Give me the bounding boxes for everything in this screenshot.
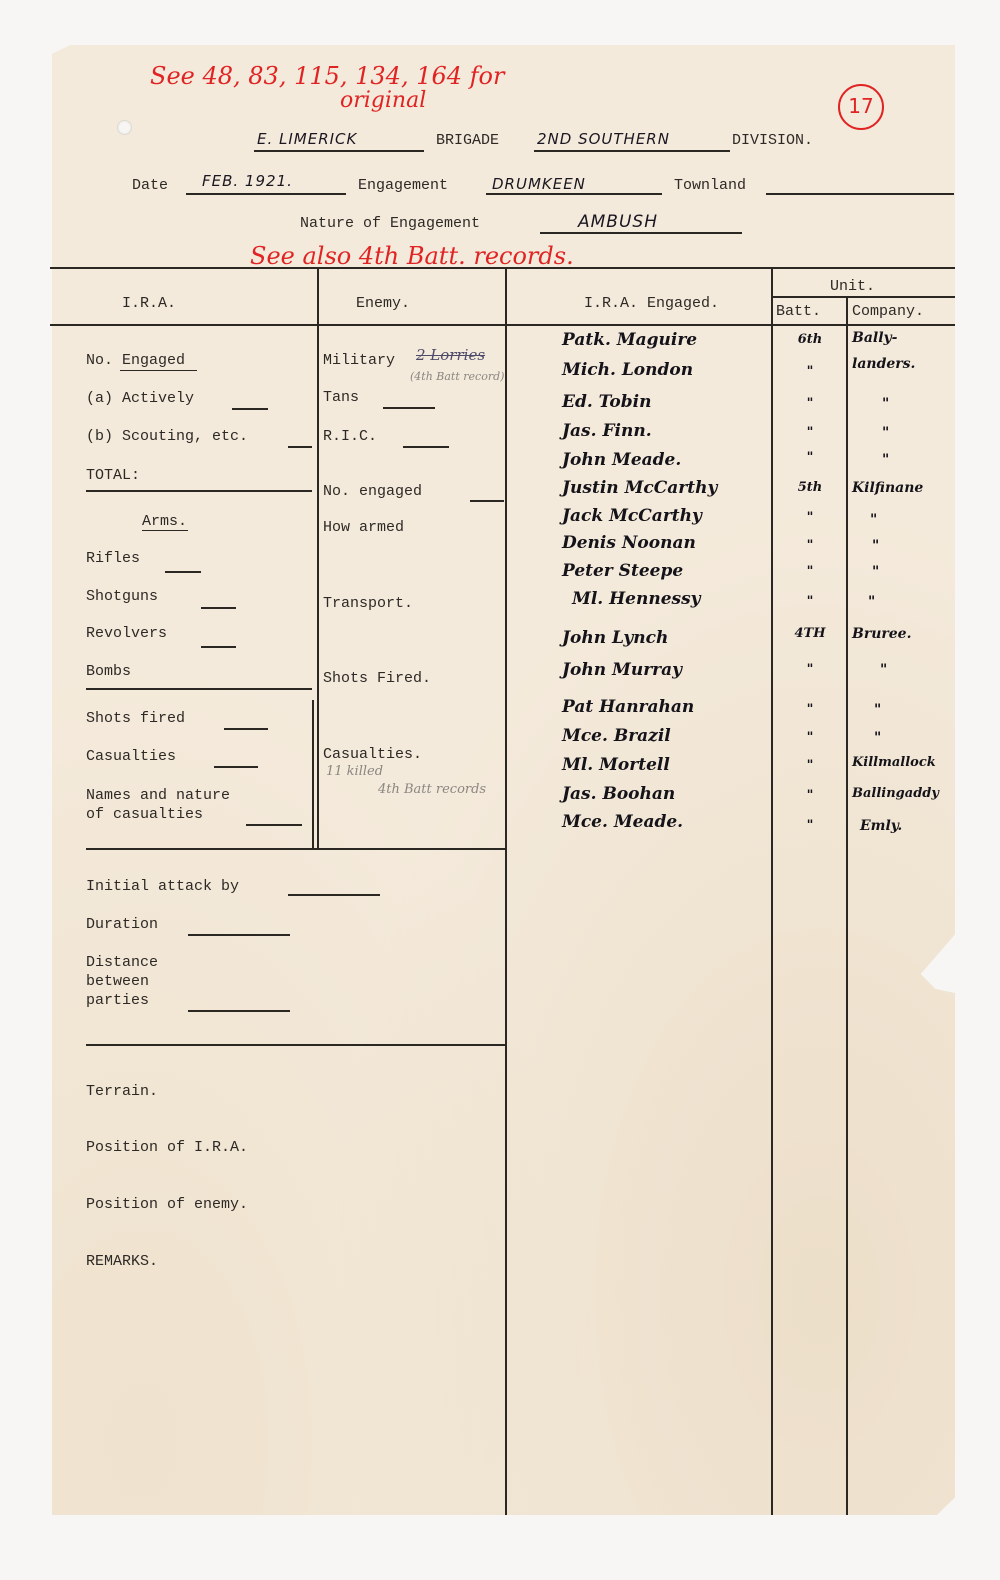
ira-names-casualties-2: of casualties <box>86 806 203 823</box>
terrain-label: Terrain. <box>86 1083 158 1100</box>
unit-sub-rule <box>772 296 955 298</box>
engaged-company: " <box>874 702 881 718</box>
nature-label: Nature of Engagement <box>300 215 480 232</box>
engagement-label: Engagement <box>358 177 448 194</box>
engaged-company: Kilfinane <box>852 480 923 496</box>
ira-rifles: Rifles <box>86 550 140 567</box>
header-unit: Unit. <box>830 278 875 295</box>
engaged-batt: " <box>772 564 848 579</box>
engaged-name: Jack McCarthy <box>562 506 702 526</box>
date-label: Date <box>132 177 168 194</box>
see-also-annotation: See also 4th Batt. records. <box>250 242 574 270</box>
engaged-company: Killmallock <box>852 755 936 770</box>
duration-blank <box>188 934 290 936</box>
engaged-batt: 6th <box>772 332 848 347</box>
enemy-no-engaged: No. engaged <box>323 483 422 500</box>
engaged-company: landers. <box>852 356 915 372</box>
enemy-military-value: 2 Lorries <box>416 346 485 364</box>
ira-revolvers: Revolvers <box>86 625 167 642</box>
engaged-name: Patk. Maguire <box>562 330 697 350</box>
distance-label-1: Distance <box>86 954 158 971</box>
punch-hole <box>117 120 132 135</box>
duration-label: Duration <box>86 916 158 933</box>
engaged-name: Ml. Hennessy <box>572 589 701 609</box>
initial-attack-blank <box>288 894 380 896</box>
engaged-name: Ed. Tobin <box>562 392 651 412</box>
top-annotation: See 48, 83, 115, 134, 164 for <box>150 62 504 90</box>
distance-label-3: parties <box>86 992 149 1009</box>
remarks-label: REMARKS. <box>86 1253 158 1270</box>
enemy-shots-fired: Shots Fired. <box>323 670 431 687</box>
townland-underline <box>766 193 954 195</box>
engaged-company: " <box>874 730 881 746</box>
tans-blank <box>383 407 435 409</box>
engaged-name: Mce. Brazil <box>562 726 671 746</box>
bombs-rule <box>86 688 312 690</box>
engaged-company: Ballingaddy <box>852 786 939 801</box>
header-ira-engaged: I.R.A. Engaged. <box>584 295 719 312</box>
engaged-name: Justin McCarthy <box>562 478 717 498</box>
header-company: Company. <box>852 303 924 320</box>
date-value: FEB. 1921. <box>202 172 293 190</box>
scouting-blank <box>288 446 312 448</box>
engaged-company: " <box>880 662 887 678</box>
names-casualties-blank <box>246 824 302 826</box>
engaged-company: " <box>872 538 879 554</box>
header-enemy: Enemy. <box>356 295 410 312</box>
brigade-label: BRIGADE <box>436 132 499 149</box>
revolvers-blank <box>201 646 236 648</box>
engaged-batt: 5th <box>772 480 848 495</box>
ira-bombs: Bombs <box>86 663 131 680</box>
ira-actively: (a) Actively <box>86 390 194 407</box>
batt-company-divider <box>846 296 848 1515</box>
engaged-company: Emly. <box>860 818 902 834</box>
position-ira-label: Position of I.R.A. <box>86 1139 248 1156</box>
engaged-name: Ml. Mortell <box>562 755 670 775</box>
enemy-how-armed: How armed <box>323 519 404 536</box>
engagement-underline <box>486 193 662 195</box>
actively-blank <box>232 408 268 410</box>
engaged-name: Jas. Boohan <box>562 784 675 804</box>
engagement-value: DRUMKEEN <box>492 175 586 193</box>
ira-shots-fired: Shots fired <box>86 710 185 727</box>
engaged-name: Pat Hanrahan <box>562 697 694 717</box>
engaged-batt: 4TH <box>772 626 848 641</box>
engaged-name: Mich. London <box>562 360 693 380</box>
total-rule <box>86 490 312 492</box>
engaged-batt: " <box>772 758 848 773</box>
division-value: 2ND SOUTHERN <box>537 130 670 148</box>
engaged-company: " <box>870 512 877 528</box>
division-underline <box>534 150 730 152</box>
ira-names-casualties-1: Names and nature <box>86 787 230 804</box>
enemy-transport: Transport. <box>323 595 413 612</box>
ira-shotguns: Shotguns <box>86 588 158 605</box>
header-bottom-rule <box>50 324 955 326</box>
engaged-batt: " <box>772 818 848 833</box>
engaged-company: " <box>872 564 879 580</box>
engaged-batt: " <box>772 788 848 803</box>
engaged-batt: " <box>772 450 848 465</box>
engaged-company: " <box>868 594 875 610</box>
engaged-batt: " <box>772 702 848 717</box>
ira-enemy-divider-lower <box>312 700 314 849</box>
enemy-casualties-note: 11 killed <box>326 764 383 779</box>
engaged-batt: " <box>772 538 848 553</box>
header-ira: I.R.A. <box>122 295 176 312</box>
engaged-company: " <box>882 396 889 412</box>
arms-underline <box>142 530 188 531</box>
engaged-company: " <box>882 452 889 468</box>
left-section-rule-1 <box>86 848 506 850</box>
enemy-casualties-note2: 4th Batt records <box>378 782 486 797</box>
ira-arms: Arms. <box>142 513 187 530</box>
enemy-ric: R.I.C. <box>323 428 377 445</box>
engaged-batt: " <box>772 662 848 677</box>
engaged-name: Mce. Meade. <box>562 812 683 832</box>
top-annotation-line2: original <box>340 88 426 113</box>
distance-blank <box>188 1010 290 1012</box>
casualties-blank <box>214 766 258 768</box>
engaged-batt: " <box>772 396 848 411</box>
division-label: DIVISION. <box>732 132 813 149</box>
engaged-batt: " <box>772 594 848 609</box>
engaged-batt: " <box>772 425 848 440</box>
ira-enemy-divider <box>317 267 319 849</box>
initial-attack-label: Initial attack by <box>86 878 239 895</box>
engaged-name: John Lynch <box>562 628 668 648</box>
table-top-rule <box>50 267 955 269</box>
shots-fired-blank <box>224 728 268 730</box>
brigade-value: E. LIMERICK <box>257 130 357 148</box>
engaged-company: Bruree. <box>852 626 911 642</box>
shotguns-blank <box>201 607 236 609</box>
nature-value: AMBUSH <box>578 212 658 232</box>
engaged-name: John Meade. <box>562 450 681 470</box>
engaged-company: " <box>882 425 889 441</box>
engaged-name: Denis Noonan <box>562 533 696 553</box>
ira-no-engaged: No. Engaged <box>86 352 185 369</box>
page-number-circled: 17 <box>838 84 884 130</box>
date-underline <box>186 193 346 195</box>
no-engaged-underline <box>120 370 197 371</box>
ira-scouting: (b) Scouting, etc. <box>86 428 248 445</box>
engaged-batt: " <box>772 364 848 379</box>
left-section-rule-2 <box>86 1044 506 1046</box>
engaged-name: Peter Steepe <box>562 561 683 581</box>
enemy-engaged-divider <box>505 267 507 1515</box>
enemy-casualties: Casualties. <box>323 746 422 763</box>
engaged-name: John Murray <box>562 660 682 680</box>
ira-casualties: Casualties <box>86 748 176 765</box>
enemy-no-engaged-blank <box>470 500 504 502</box>
rifles-blank <box>165 571 201 573</box>
townland-label: Townland <box>674 177 746 194</box>
enemy-military: Military <box>323 352 395 369</box>
brigade-underline <box>254 150 424 152</box>
enemy-tans: Tans <box>323 389 359 406</box>
ira-total: TOTAL: <box>86 467 140 484</box>
engaged-batt: " <box>772 510 848 525</box>
engaged-company: Bally- <box>852 330 898 346</box>
enemy-military-note: (4th Batt record) <box>410 370 504 383</box>
nature-underline <box>540 232 742 234</box>
ric-blank <box>403 446 449 448</box>
position-enemy-label: Position of enemy. <box>86 1196 248 1213</box>
engaged-batt: " <box>772 730 848 745</box>
engaged-name: Jas. Finn. <box>562 421 652 441</box>
header-batt: Batt. <box>776 303 821 320</box>
distance-label-2: between <box>86 973 149 990</box>
